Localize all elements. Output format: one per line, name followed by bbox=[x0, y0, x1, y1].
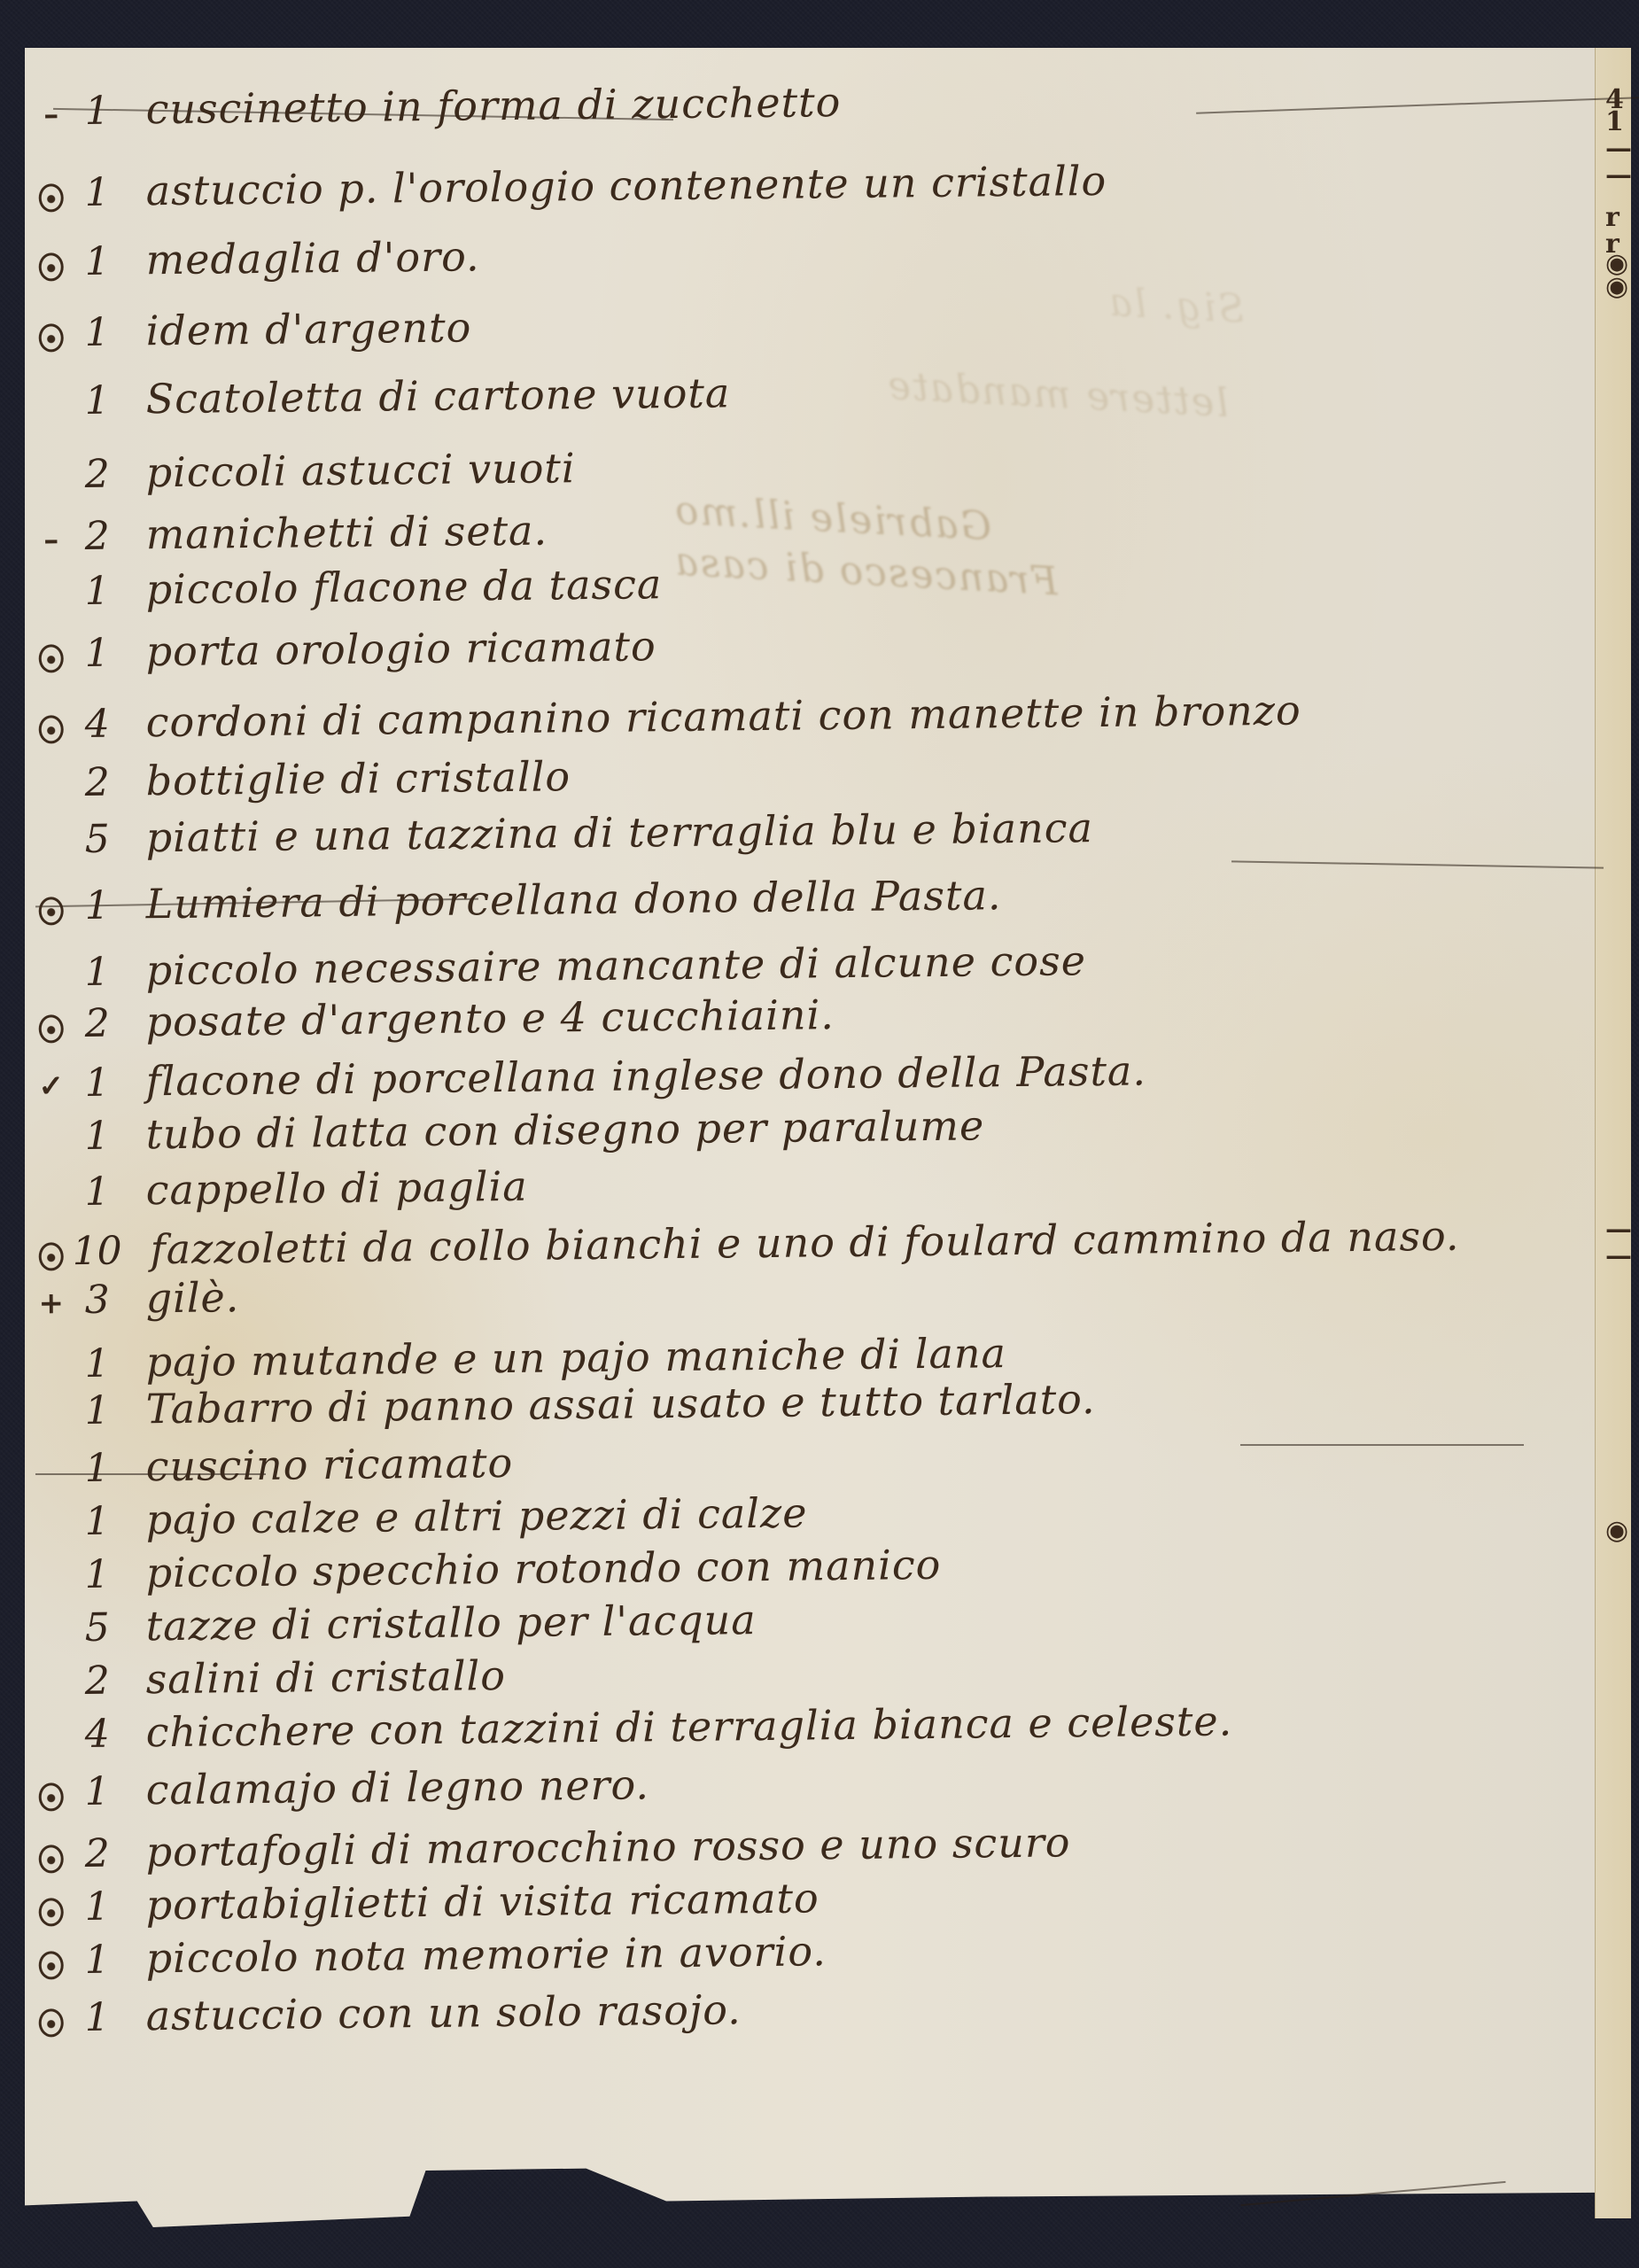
item-quantity: 3 bbox=[70, 1278, 124, 1324]
margin-circle-mark-icon: ◉ bbox=[1605, 1515, 1628, 1546]
margin-circle-mark-icon bbox=[26, 247, 75, 283]
margin-circle-mark-icon bbox=[26, 639, 75, 675]
margin-circle-mark-icon bbox=[26, 2003, 75, 2039]
item-description: Lumiera di porcellana dono della Pasta. bbox=[145, 871, 1001, 928]
margin-empty bbox=[27, 860, 76, 861]
margin-check-mark-icon: ✓ bbox=[26, 1068, 75, 1105]
item-description: piatti e una tazzina di terraglia blu e … bbox=[145, 804, 1093, 861]
margin-circle-mark-icon bbox=[26, 1892, 75, 1929]
item-description: idem d'argento bbox=[145, 303, 471, 354]
margin-empty bbox=[27, 1213, 76, 1214]
item-description: Tabarro di panno assai usato e tutto tar… bbox=[145, 1375, 1096, 1433]
item-quantity: 1 bbox=[70, 1884, 124, 1930]
item-quantity: 4 bbox=[70, 702, 124, 748]
item-quantity: 4 bbox=[70, 1712, 124, 1758]
item-quantity: 5 bbox=[70, 817, 124, 863]
item-description: salini di cristallo bbox=[145, 1651, 506, 1703]
item-quantity: 1 bbox=[70, 239, 124, 285]
item-description: cuscino ricamato bbox=[145, 1439, 513, 1490]
margin-dash-mark-icon: – bbox=[26, 97, 75, 133]
item-description: piccolo nota memorie in avorio. bbox=[145, 1927, 827, 1982]
margin-circle-mark-icon bbox=[26, 1839, 75, 1876]
item-quantity: 1 bbox=[70, 1169, 124, 1216]
item-quantity: 1 bbox=[70, 883, 124, 929]
item-quantity: 2 bbox=[70, 452, 124, 498]
item-quantity: 1 bbox=[70, 1060, 124, 1107]
item-quantity: 1 bbox=[70, 1114, 124, 1160]
margin-circle-mark-icon bbox=[26, 1946, 75, 1982]
item-quantity: 1 bbox=[70, 378, 124, 424]
margin-dash-mark-icon: – bbox=[26, 522, 75, 558]
item-description: manichetti di seta. bbox=[145, 507, 548, 559]
margin-empty bbox=[27, 495, 76, 496]
item-quantity: 1 bbox=[70, 1446, 124, 1492]
item-description: cuscinetto in forma di zucchetto bbox=[145, 78, 841, 133]
item-quantity: 2 bbox=[70, 1001, 124, 1047]
margin-circle-mark-icon bbox=[26, 710, 75, 746]
item-quantity: 1 bbox=[70, 310, 124, 356]
item-quantity: 5 bbox=[70, 1605, 124, 1651]
item-quantity: 2 bbox=[70, 1831, 124, 1877]
item-quantity: 1 bbox=[70, 170, 124, 216]
item-quantity: 1 bbox=[70, 1995, 124, 2041]
margin-mark: — bbox=[1605, 1240, 1632, 1271]
item-description: Scatoletta di cartone vuota bbox=[145, 369, 730, 423]
margin-empty bbox=[27, 1432, 76, 1433]
item-quantity: 1 bbox=[70, 950, 124, 996]
margin-circle-mark-icon bbox=[26, 178, 75, 214]
margin-circle-mark-icon bbox=[26, 318, 75, 354]
margin-cross-mark-icon: + bbox=[26, 1285, 75, 1322]
margin-circle-mark-icon bbox=[26, 1009, 75, 1045]
item-quantity: 1 bbox=[70, 1499, 124, 1545]
item-description: medaglia d'oro. bbox=[145, 232, 479, 283]
margin-empty bbox=[27, 1755, 76, 1756]
margin-empty bbox=[27, 804, 76, 804]
item-quantity: 1 bbox=[70, 1552, 124, 1598]
item-description: piccolo flacone da tasca bbox=[145, 560, 662, 613]
item-quantity: 1 bbox=[70, 631, 124, 677]
margin-mark: — bbox=[1605, 159, 1632, 190]
item-description: cappello di paglia bbox=[145, 1162, 528, 1215]
item-quantity: 2 bbox=[70, 1658, 124, 1705]
item-quantity: 1 bbox=[70, 569, 124, 615]
item-description: calamajo di legno nero. bbox=[145, 1760, 649, 1814]
item-description: piccoli astucci vuoti bbox=[145, 444, 575, 496]
margin-empty bbox=[27, 422, 76, 423]
item-description: porta orologio ricamato bbox=[145, 622, 656, 675]
margin-circle-mark-icon bbox=[26, 1777, 75, 1814]
item-description: astuccio con un solo rasojo. bbox=[145, 1985, 742, 2039]
margin-empty bbox=[27, 612, 76, 613]
item-quantity: 1 bbox=[70, 89, 124, 135]
item-description: astuccio p. l'orologio contenente un cri… bbox=[145, 157, 1107, 214]
adjacent-page-edge bbox=[1595, 48, 1631, 2218]
item-quantity: 1 bbox=[70, 1769, 124, 1815]
item-quantity: 1 bbox=[70, 1388, 124, 1434]
margin-circle-mark-icon bbox=[26, 891, 75, 928]
item-quantity: 1 bbox=[70, 1938, 124, 1984]
item-quantity: 2 bbox=[70, 760, 124, 806]
margin-circle-mark-icon: ◉ bbox=[1605, 271, 1628, 302]
item-description: gilè. bbox=[145, 1273, 239, 1322]
item-description: posate d'argento e 4 cucchiaini. bbox=[145, 990, 835, 1045]
item-description: bottiglie di cristallo bbox=[145, 752, 571, 804]
item-quantity: 2 bbox=[70, 514, 124, 560]
